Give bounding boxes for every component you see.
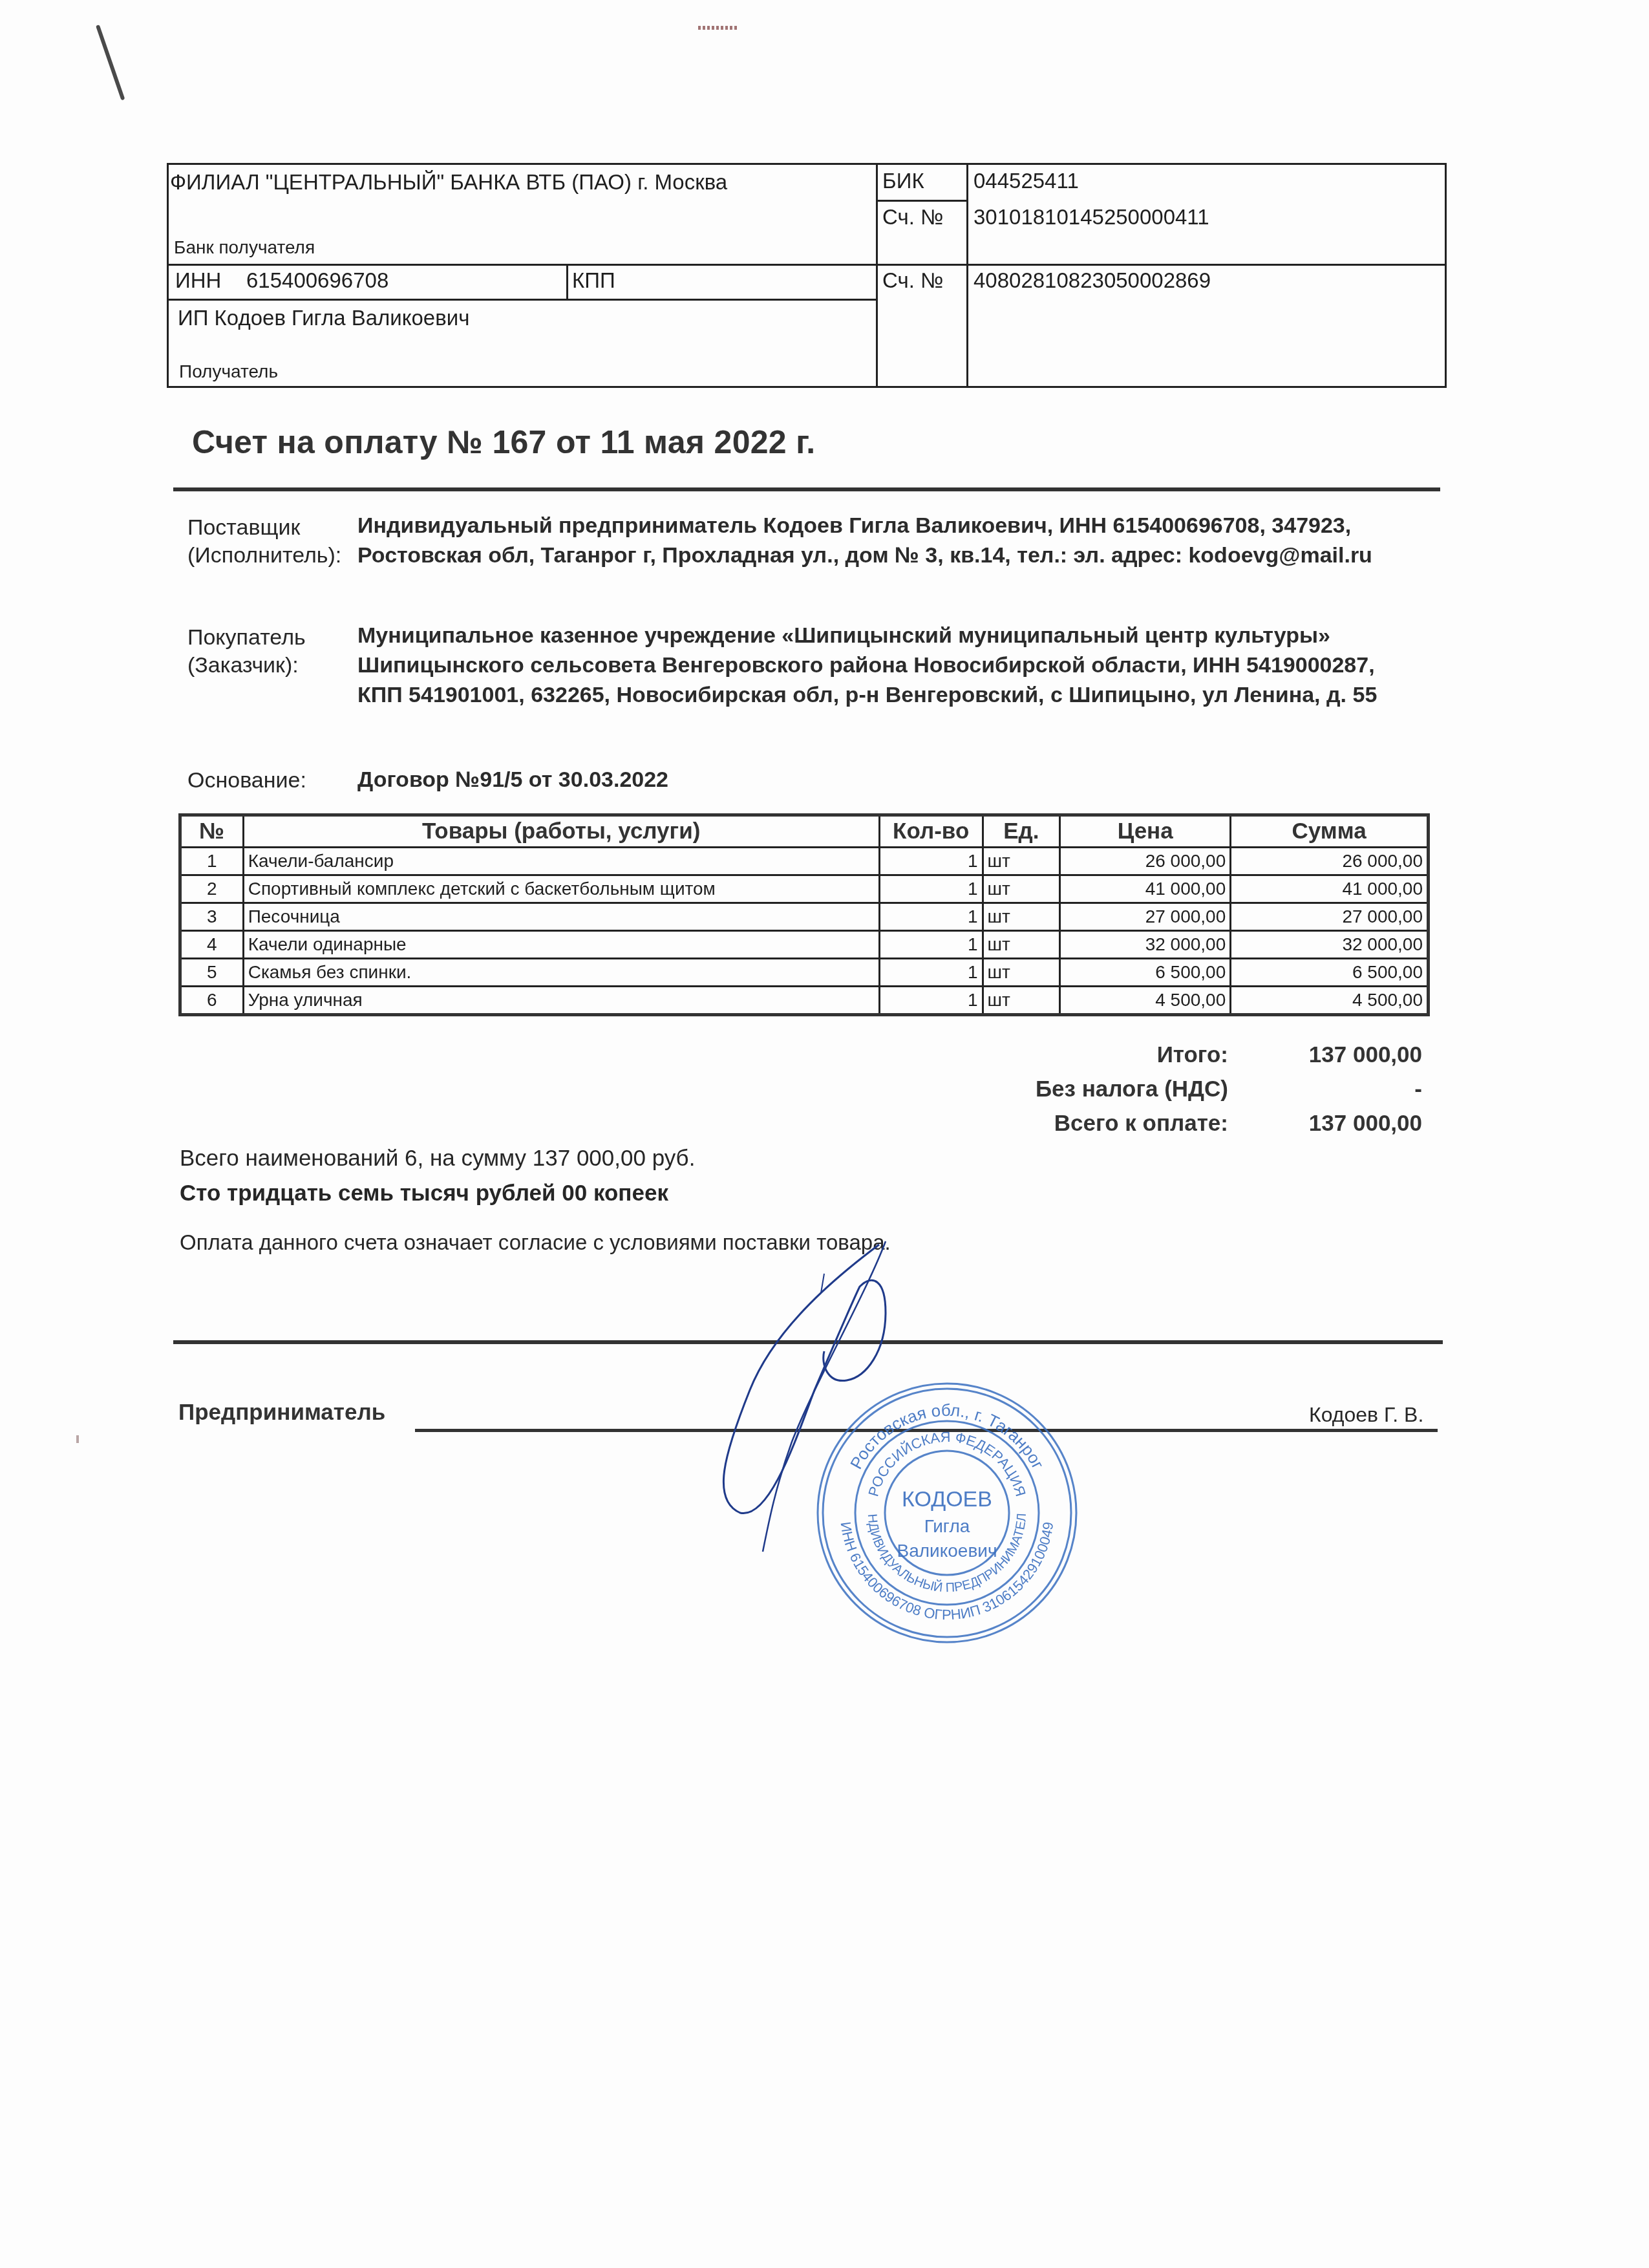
col-number: № <box>180 815 244 848</box>
summary-line: Всего наименований 6, на сумму 137 000,0… <box>180 1146 695 1171</box>
bank-name: ФИЛИАЛ "ЦЕНТРАЛЬНЫЙ" БАНКА ВТБ (ПАО) г. … <box>170 170 727 195</box>
row-sum: 41 000,00 <box>1231 875 1429 903</box>
row-number: 5 <box>180 959 244 987</box>
signatory-name: Кодоев Г. В. <box>1309 1403 1423 1427</box>
total-label: Всего к оплате: <box>840 1111 1228 1137</box>
row-quantity: 1 <box>879 875 983 903</box>
account-label: Сч. № <box>882 268 943 293</box>
row-price: 41 000,00 <box>1060 875 1231 903</box>
items-table: № Товары (работы, услуги) Кол-во Ед. Цен… <box>178 813 1430 1016</box>
supplier-details: Индивидуальный предприниматель Кодоев Ги… <box>357 511 1463 570</box>
row-price: 27 000,00 <box>1060 903 1231 931</box>
bank-details-table: ФИЛИАЛ "ЦЕНТРАЛЬНЫЙ" БАНКА ВТБ (ПАО) г. … <box>167 163 1447 388</box>
row-unit: шт <box>983 931 1060 959</box>
row-quantity: 1 <box>879 987 983 1015</box>
basis-label: Основание: <box>187 768 306 793</box>
company-stamp: Ростовская обл., г. Таганрог РОССИЙСКАЯ … <box>811 1377 1083 1649</box>
signature-role-label: Предприниматель <box>178 1400 385 1426</box>
table-row: 5 Скамья без спинки. 1 шт 6 500,00 6 500… <box>180 959 1429 987</box>
row-unit: шт <box>983 903 1060 931</box>
row-number: 2 <box>180 875 244 903</box>
inn-value: 615400696708 <box>246 268 388 293</box>
col-goods: Товары (работы, услуги) <box>243 815 879 848</box>
row-number: 3 <box>180 903 244 931</box>
row-quantity: 1 <box>879 959 983 987</box>
bik-label: БИК <box>882 169 924 193</box>
buyer-details: Муниципальное казенное учреждение «Шипиц… <box>357 621 1392 710</box>
table-row: 3 Песочница 1 шт 27 000,00 27 000,00 <box>180 903 1429 931</box>
invoice-title: Счет на оплату № 167 от 11 мая 2022 г. <box>192 423 815 461</box>
basis-value: Договор №91/5 от 30.03.2022 <box>357 765 1463 795</box>
row-sum: 32 000,00 <box>1231 931 1429 959</box>
row-unit: шт <box>983 959 1060 987</box>
col-sum: Сумма <box>1231 815 1429 848</box>
row-quantity: 1 <box>879 903 983 931</box>
row-number: 1 <box>180 848 244 875</box>
table-row: 2 Спортивный комплекс детский с баскетбо… <box>180 875 1429 903</box>
buyer-label-sub: (Заказчик): <box>187 653 299 678</box>
buyer-label: Покупатель <box>187 625 306 650</box>
table-row: 6 Урна уличная 1 шт 4 500,00 4 500,00 <box>180 987 1429 1015</box>
corr-account-label: Сч. № <box>882 205 943 230</box>
row-sum: 26 000,00 <box>1231 848 1429 875</box>
account-value: 40802810823050002869 <box>973 268 1211 293</box>
row-quantity: 1 <box>879 931 983 959</box>
row-goods: Урна уличная <box>243 987 879 1015</box>
scan-artifact-speck <box>76 1435 79 1443</box>
col-quantity: Кол-во <box>879 815 983 848</box>
row-sum: 4 500,00 <box>1231 987 1429 1015</box>
supplier-label: Поставщик <box>187 515 300 540</box>
total-value: 137 000,00 <box>1228 1111 1422 1137</box>
stamp-center-line-1: КОДОЕВ <box>902 1487 992 1512</box>
scan-artifact-mark <box>96 25 125 100</box>
vat-label: Без налога (НДС) <box>840 1076 1228 1102</box>
row-unit: шт <box>983 875 1060 903</box>
recipient-label: Получатель <box>179 361 278 382</box>
scan-artifact-header <box>698 26 737 30</box>
row-goods: Качели одинарные <box>243 931 879 959</box>
stamp-center-line-3: Валикоевич <box>897 1541 997 1561</box>
table-row: 4 Качели одинарные 1 шт 32 000,00 32 000… <box>180 931 1429 959</box>
stamp-center-line-2: Гигла <box>924 1516 970 1536</box>
recipient-name: ИП Кодоев Гигла Валикоевич <box>178 306 469 330</box>
corr-account-value: 30101810145250000411 <box>973 205 1209 230</box>
row-sum: 27 000,00 <box>1231 903 1429 931</box>
supplier-label-sub: (Исполнитель): <box>187 543 341 568</box>
row-price: 26 000,00 <box>1060 848 1231 875</box>
col-unit: Ед. <box>983 815 1060 848</box>
subtotal-value: 137 000,00 <box>1228 1042 1422 1068</box>
bik-value: 044525411 <box>973 169 1079 193</box>
bank-label: Банк получателя <box>174 237 315 258</box>
row-price: 6 500,00 <box>1060 959 1231 987</box>
subtotal-label: Итого: <box>840 1042 1228 1068</box>
row-unit: шт <box>983 987 1060 1015</box>
col-price: Цена <box>1060 815 1231 848</box>
row-number: 6 <box>180 987 244 1015</box>
row-goods: Спортивный комплекс детский с баскетболь… <box>243 875 879 903</box>
inn-label: ИНН <box>175 268 221 293</box>
row-goods: Скамья без спинки. <box>243 959 879 987</box>
row-number: 4 <box>180 931 244 959</box>
row-quantity: 1 <box>879 848 983 875</box>
row-unit: шт <box>983 848 1060 875</box>
row-price: 4 500,00 <box>1060 987 1231 1015</box>
amount-in-words: Сто тридцать семь тысяч рублей 00 копеек <box>180 1181 668 1206</box>
vat-value: - <box>1228 1076 1422 1102</box>
row-sum: 6 500,00 <box>1231 959 1429 987</box>
row-goods: Песочница <box>243 903 879 931</box>
table-row: 1 Качели-балансир 1 шт 26 000,00 26 000,… <box>180 848 1429 875</box>
items-table-header: № Товары (работы, услуги) Кол-во Ед. Цен… <box>180 815 1429 848</box>
row-price: 32 000,00 <box>1060 931 1231 959</box>
title-divider <box>173 487 1440 491</box>
kpp-label: КПП <box>572 268 615 293</box>
row-goods: Качели-балансир <box>243 848 879 875</box>
